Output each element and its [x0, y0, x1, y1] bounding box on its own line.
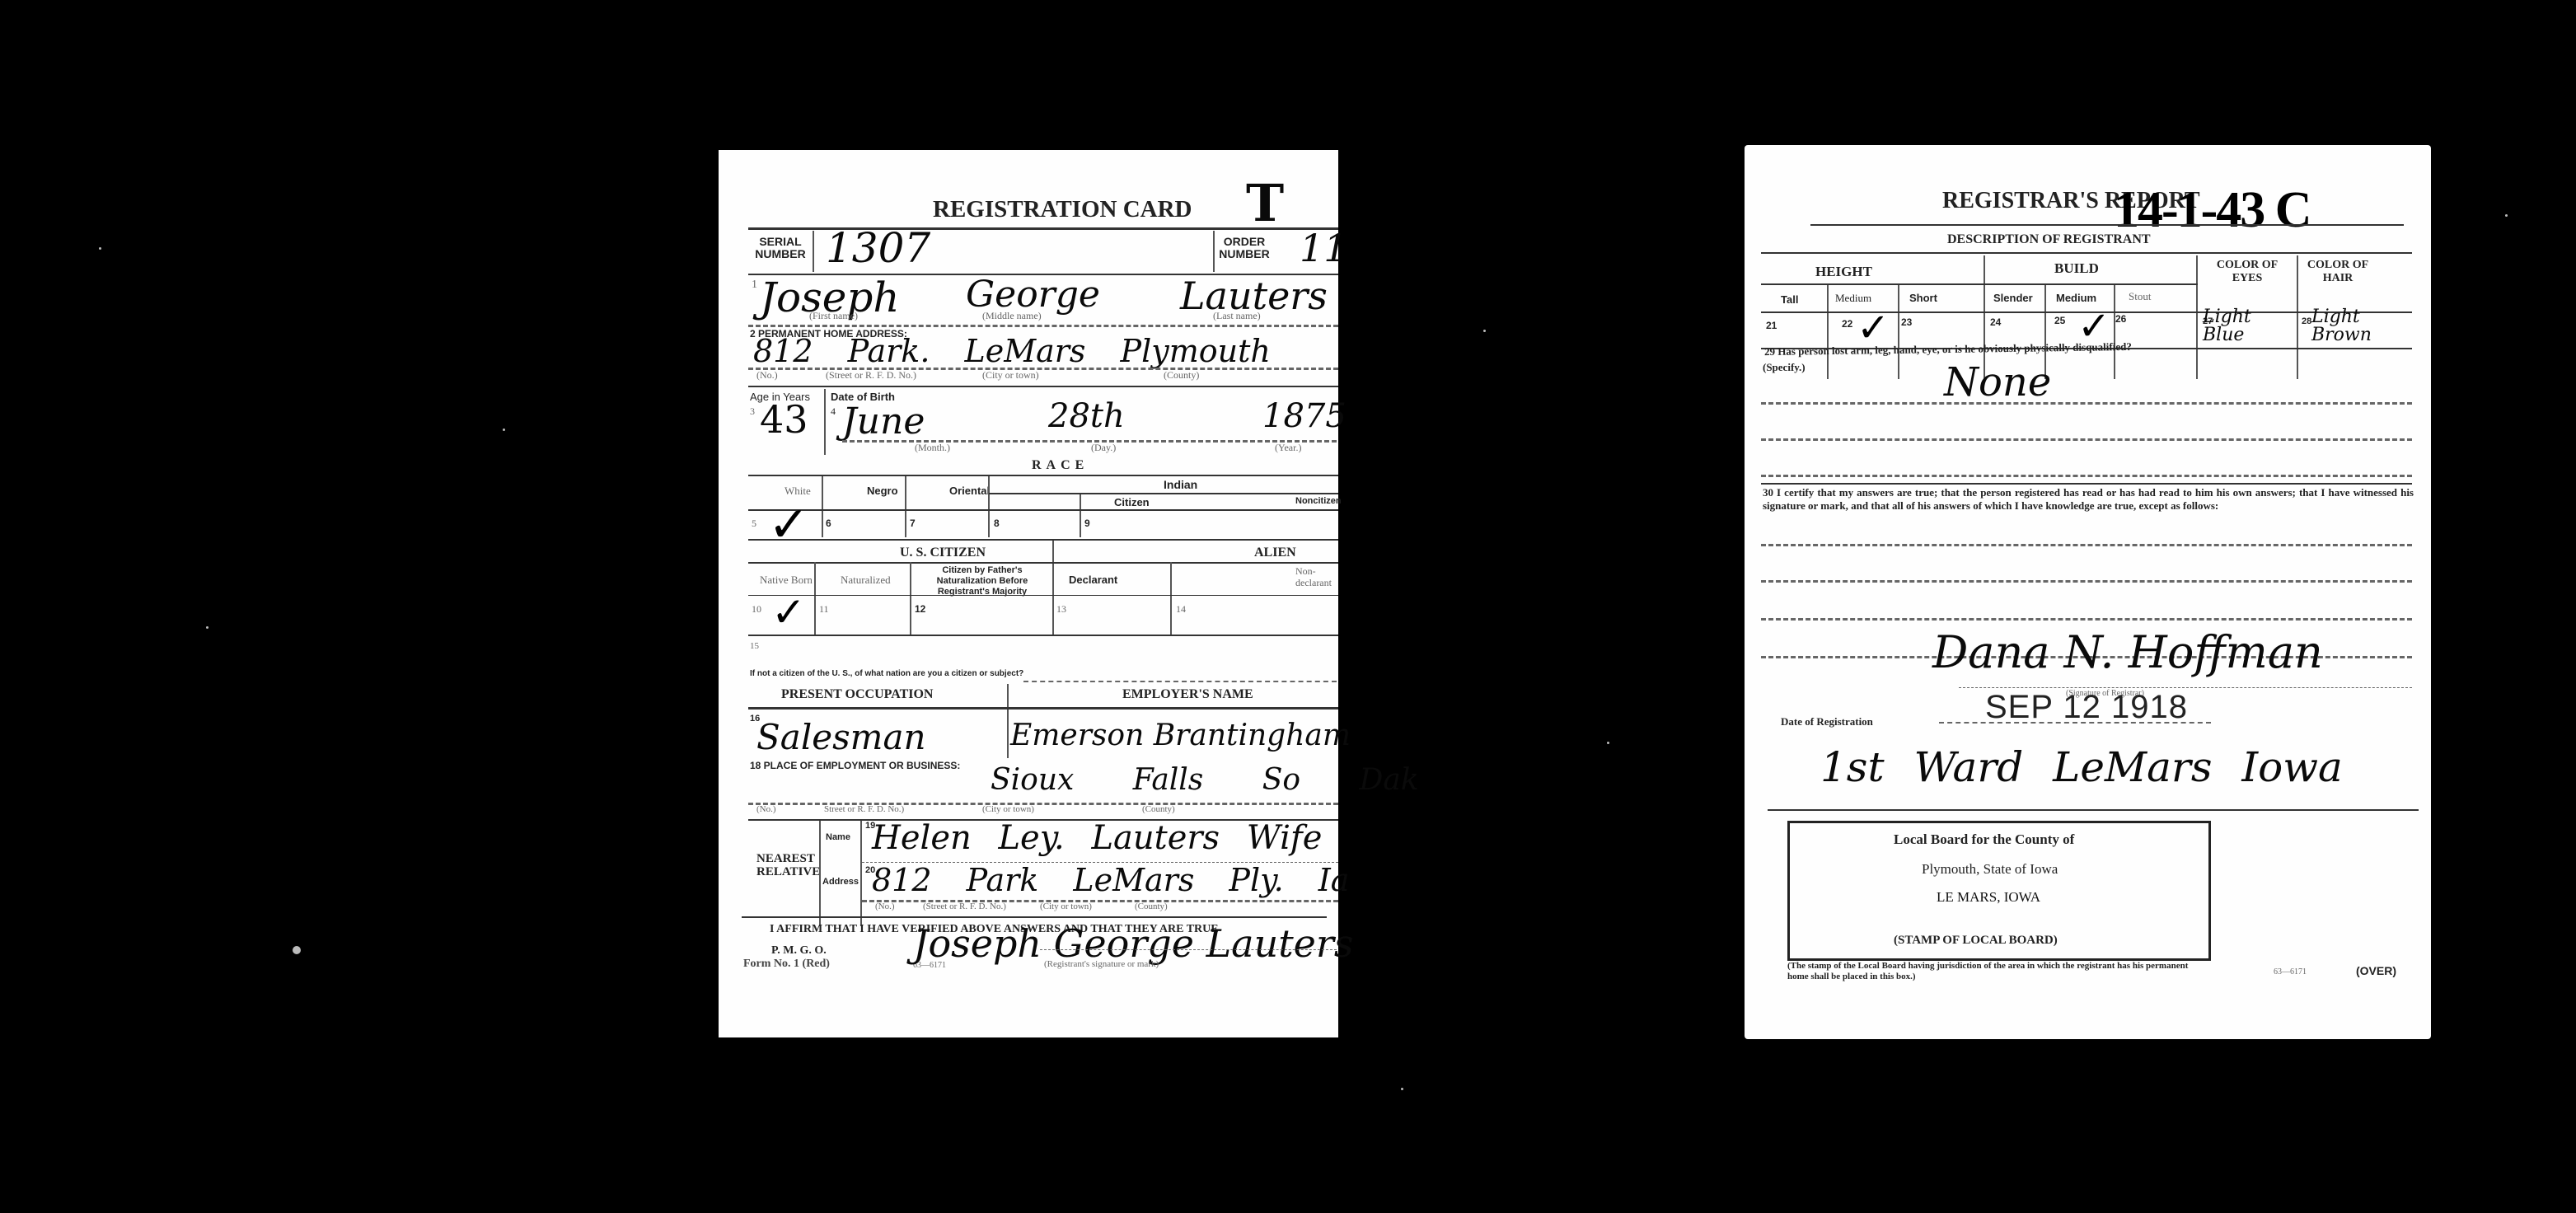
- card-title: REGISTRATION CARD: [933, 196, 1192, 223]
- local-board-stamp-box: Local Board for the County of Plymouth, …: [1787, 821, 2211, 961]
- field-number: 6: [826, 518, 831, 529]
- stamp-line-1: Local Board for the County of: [1894, 831, 2074, 848]
- caption: (First name): [809, 310, 858, 322]
- caption: (Street or R. F. D. No.): [826, 369, 916, 382]
- q29-text: 29 Has person lost arm, leg, hand, eye, …: [1764, 340, 2132, 358]
- build-col-stout: Stout: [2129, 290, 2151, 303]
- dashed-line: [1761, 475, 2412, 477]
- citizen-col-by-father: Citizen by Father's Naturalization Befor…: [913, 565, 1051, 597]
- height-col-short: Short: [1909, 292, 1937, 304]
- field-number: 23: [1901, 316, 1912, 328]
- relative-address-label: Address: [822, 877, 859, 887]
- citizen-col-naturalized: Naturalized: [841, 574, 891, 587]
- hair-value: Light Brown: [2311, 308, 2404, 344]
- eyes-title: COLOR OF EYES: [2214, 259, 2280, 285]
- divider: [748, 707, 1338, 710]
- alien-title: ALIEN: [1254, 546, 1296, 560]
- stamp-note: (The stamp of the Local Board having jur…: [1787, 961, 2208, 982]
- race-col-indian-citizen: Citizen: [1114, 496, 1150, 508]
- caption: (County): [1135, 902, 1168, 911]
- divider: [813, 231, 814, 272]
- divider: [748, 539, 1338, 541]
- divider: [748, 475, 1338, 476]
- divider: [748, 595, 1338, 596]
- dashed-line: [1023, 681, 1337, 682]
- caption: (County): [1142, 804, 1175, 814]
- us-citizen-title: U. S. CITIZEN: [900, 546, 986, 560]
- serial-number-value: 1307: [826, 224, 930, 272]
- relative-name-value: Helen Ley. Lauters Wife: [872, 819, 1322, 857]
- dashed-line: [1761, 618, 2412, 621]
- stamp-line-2: Plymouth, State of Iowa: [1922, 861, 2058, 878]
- stamp-code: 14-1-43 C: [2114, 181, 2311, 240]
- field-number: 7: [910, 518, 916, 529]
- divider: [748, 386, 1338, 387]
- field-number: 10: [752, 603, 761, 616]
- dashed-line: [1040, 949, 1337, 950]
- field-number: 3: [750, 405, 755, 418]
- background-speck: [1607, 742, 1609, 744]
- build-col-medium: Medium: [2056, 292, 2096, 304]
- caption: (City or town): [1040, 902, 1092, 911]
- divider: [988, 476, 990, 537]
- race-col-oriental: Oriental: [949, 485, 990, 497]
- report-subtitle: DESCRIPTION OF REGISTRANT: [1947, 232, 2151, 247]
- order-number-label: ORDER NUMBER: [1216, 236, 1272, 260]
- background-speck: [1401, 1088, 1403, 1090]
- divider: [2114, 285, 2115, 379]
- field-number: 22: [1842, 318, 1852, 330]
- divider: [1007, 684, 1009, 758]
- height-title: HEIGHT: [1815, 264, 1872, 280]
- print-code: 63—6171: [2274, 967, 2307, 976]
- divider: [860, 821, 862, 926]
- caption: (City or town): [982, 804, 1034, 814]
- nearest-relative-label: NEAREST RELATIVE: [756, 852, 814, 878]
- divider: [1898, 285, 1899, 379]
- field-number: 24: [1990, 316, 2001, 328]
- background-speck: [503, 429, 505, 431]
- q15-text: If not a citizen of the U. S., of what n…: [750, 669, 1023, 678]
- divider: [814, 562, 816, 635]
- field-number: 8: [994, 518, 1000, 529]
- divider: [2297, 255, 2298, 379]
- caption: (Middle name): [982, 310, 1042, 322]
- dashed-line: [1761, 402, 2412, 405]
- caption: (Year.): [1275, 442, 1301, 454]
- dashed-line: [1761, 438, 2412, 441]
- race-col-indian-noncitizen: Noncitizen: [1295, 496, 1342, 506]
- field-number: 21: [1766, 320, 1777, 331]
- background-speck: [99, 247, 101, 250]
- eyes-value: Light Blue: [2203, 308, 2295, 344]
- field-number: 11: [819, 603, 829, 616]
- divider: [1761, 483, 2412, 485]
- field-number: 28: [2302, 316, 2311, 326]
- caption: (Last name): [1213, 310, 1261, 322]
- age-value: 43: [760, 397, 808, 442]
- q30-text: 30 I certify that my answers are true; t…: [1763, 486, 2414, 513]
- field-number: 25: [2054, 315, 2065, 326]
- caption: (Street or R. F. D. No.): [923, 902, 1006, 911]
- alien-col-declarant: Declarant: [1069, 574, 1117, 586]
- stamp-caption: (STAMP OF LOCAL BOARD): [1894, 934, 2058, 948]
- employer-label: EMPLOYER'S NAME: [1122, 687, 1253, 702]
- dashed-line: [1959, 687, 2412, 688]
- divider: [824, 389, 826, 455]
- stamp-line-3: LE MARS, IOWA: [1937, 889, 2040, 906]
- hair-title: COLOR OF HAIR: [2305, 259, 2371, 285]
- divider: [1213, 231, 1215, 272]
- build-title: BUILD: [2054, 260, 2099, 277]
- citizen-col-native-born: Native Born: [760, 574, 813, 587]
- height-col-medium: Medium: [1835, 292, 1871, 305]
- relative-name-label: Name: [826, 832, 850, 842]
- field-number: 12: [915, 603, 925, 615]
- divider: [1052, 541, 1054, 635]
- field-number: 15: [750, 641, 759, 651]
- caption: (Month.): [915, 442, 950, 454]
- divider: [819, 821, 821, 926]
- dob-year: 1875: [1262, 397, 1347, 435]
- divider: [1810, 224, 2404, 226]
- form-id-number: Form No. 1 (Red): [743, 958, 830, 971]
- race-col-negro: Negro: [867, 485, 898, 497]
- divider: [1768, 809, 2419, 811]
- q29-specify: (Specify.): [1763, 361, 1806, 374]
- divider: [748, 635, 1338, 636]
- field-number: 26: [2115, 313, 2126, 325]
- registration-location: 1st Ward LeMars Iowa: [1820, 743, 2343, 791]
- background-speck: [293, 946, 301, 954]
- divider: [910, 562, 911, 635]
- divider: [989, 493, 1338, 494]
- race-title: RACE: [1032, 458, 1089, 473]
- divider: [1827, 285, 1829, 379]
- date-of-registration-label: Date of Registration: [1781, 715, 1873, 728]
- divider: [748, 509, 1338, 511]
- background-speck: [206, 626, 208, 629]
- background-speck: [1483, 330, 1486, 332]
- registrars-report-card: REGISTRAR'S REPORT 14-1-43 C DESCRIPTION…: [1745, 145, 2431, 1039]
- dob-day: 28th: [1048, 397, 1125, 435]
- caption: (County): [1164, 369, 1199, 382]
- field-number: 13: [1056, 603, 1066, 616]
- home-address-value: 812 Park. LeMars Plymouth: [753, 333, 1271, 369]
- caption: (City or town): [982, 369, 1039, 382]
- signature-caption: (Registrant's signature or mark): [1044, 959, 1159, 969]
- build-col-slender: Slender: [1993, 292, 2033, 304]
- date-of-registration-value: SEP 12 1918: [1985, 689, 2188, 726]
- divider: [1761, 252, 2412, 254]
- dashed-line: [748, 325, 1338, 327]
- caption: Street or R. F. D. No.): [824, 804, 904, 814]
- checkmark-white: ✓: [768, 496, 809, 554]
- divider: [822, 476, 823, 537]
- place-of-employment-label: 18 PLACE OF EMPLOYMENT OR BUSINESS:: [750, 760, 960, 771]
- q29-value: None: [1944, 359, 2051, 405]
- field-number: 5: [752, 518, 756, 530]
- divider: [905, 476, 906, 537]
- field-number: 14: [1176, 603, 1186, 616]
- employer-value: Emerson Brantingham: [1010, 719, 1351, 752]
- dob-month: June: [842, 400, 925, 443]
- divider: [1170, 562, 1172, 635]
- dashed-line: [1761, 544, 2412, 546]
- caption: (Day.): [1091, 442, 1116, 454]
- background-speck: [2505, 214, 2508, 217]
- form-id-pmgo: P. M. G. O.: [771, 944, 827, 958]
- divider: [1080, 493, 1081, 537]
- field-number: 1: [752, 279, 757, 292]
- divider: [2196, 255, 2198, 379]
- occupation-label: PRESENT OCCUPATION: [781, 687, 933, 702]
- checkmark-native-born: ✓: [771, 588, 806, 636]
- place-of-employment-value: Sioux Falls So Dak: [991, 763, 1419, 797]
- corner-mark: T: [1246, 173, 1284, 233]
- relative-address-value: 812 Park LeMars Ply. Ia: [872, 862, 1349, 898]
- field-number: 4: [831, 405, 836, 418]
- caption: (No.): [756, 369, 778, 382]
- occupation-value: Salesman: [756, 717, 926, 757]
- field-number: 9: [1084, 518, 1090, 529]
- registration-card: REGISTRATION CARD T SERIAL NUMBER 1307 O…: [719, 150, 1338, 1037]
- over-label: (OVER): [2356, 964, 2396, 977]
- caption: (No.): [875, 902, 895, 911]
- dashed-line: [1761, 580, 2412, 583]
- caption: (No.): [756, 804, 776, 814]
- registrar-signature: Dana N. Hoffman: [1932, 626, 2323, 678]
- order-number-value: 11: [1300, 226, 1348, 270]
- alien-col-nondeclarant: Non-declarant: [1295, 565, 1337, 588]
- race-col-indian: Indian: [1164, 478, 1197, 491]
- divider: [742, 916, 1327, 918]
- divider: [748, 562, 1338, 564]
- height-col-tall: Tall: [1781, 293, 1798, 306]
- serial-number-label: SERIAL NUMBER: [752, 236, 809, 260]
